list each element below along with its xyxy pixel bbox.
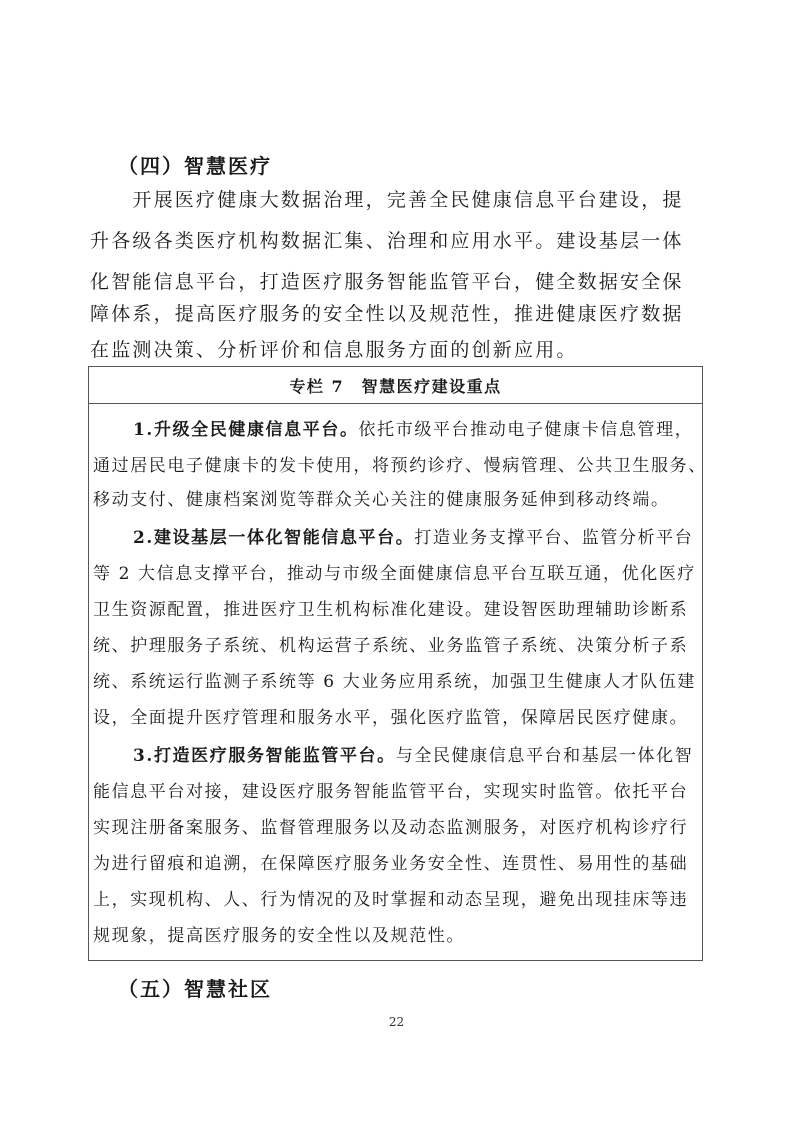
item-2-text: 打造业务支撑平台、监管分析平台 [414, 528, 693, 548]
box-item-3-line: 能信息平台对接，建设医疗服务智能监管平台，实现实时监管。依托平台 [93, 781, 688, 803]
box-item-2-line: 设，全面提升医疗管理和服务水平，强化医疗监管，保障居民医疗健康。 [93, 707, 688, 729]
box-item-3-line: 3.打造医疗服务智能监管平台。与全民健康信息平台和基层一体化智 [133, 745, 693, 767]
box-item-3-line: 实现注册备案服务、监督管理服务以及动态监测服务，对医疗机构诊疗行 [93, 817, 688, 839]
paragraph-line: 障体系，提高医疗服务的安全性以及规范性，推进健康医疗数据 [90, 302, 700, 326]
paragraph-line: 化智能信息平台，打造医疗服务智能监管平台，健全数据安全保 [90, 270, 700, 294]
box-item-2-line: 卫生资源配置，推进医疗卫生机构标准化建设。建设智医助理辅助诊断系 [93, 599, 688, 621]
box-item-2-line: 统、护理服务子系统、机构运营子系统、业务监管子系统、决策分析子系 [93, 635, 688, 657]
box-item-3-line: 上，实现机构、人、行为情况的及时掌握和动态呈现，避免出现挂床等违 [93, 889, 688, 911]
box-item-2-line: 2.建设基层一体化智能信息平台。打造业务支撑平台、监管分析平台 [133, 527, 693, 549]
box-item-1-line: 1.升级全民健康信息平台。依托市级平台推动电子健康卡信息管理， [133, 419, 693, 441]
section4-heading: （四）智慧医疗 [118, 150, 272, 179]
box-item-3-line: 规现象，提高医疗服务的安全性以及规范性。 [93, 925, 465, 947]
feature-box: 专栏 7 智慧医疗建设重点 1.升级全民健康信息平台。依托市级平台推动电子健康卡… [88, 366, 703, 961]
item-3-title: 3.打造医疗服务智能监管平台。 [133, 746, 396, 766]
box-item-1-line: 通过居民电子健康卡的发卡使用，将预约诊疗、慢病管理、公共卫生服务、 [93, 455, 707, 477]
paragraph-line: 升各级各类医疗机构数据汇集、治理和应用水平。建设基层一体 [90, 229, 700, 253]
paragraph-line: 开展医疗健康大数据治理，完善全民健康信息平台建设，提 [90, 188, 700, 212]
box-item-2-line: 等 2 大信息支撑平台，推动与市级全面健康信息平台互联互通，优化医疗 [93, 563, 696, 585]
item-1-title: 1.升级全民健康信息平台。 [133, 420, 359, 440]
item-3-text: 与全民健康信息平台和基层一体化智 [396, 746, 694, 766]
box-item-2-line: 统、系统运行监测子系统等 6 大业务应用系统，加强卫生健康人才队伍建 [93, 671, 696, 693]
item-2-title: 2.建设基层一体化智能信息平台。 [133, 528, 414, 548]
box-item-1-line: 移动支付、健康档案浏览等群众关心关注的健康服务延伸到移动终端。 [93, 489, 670, 511]
item-1-text: 依托市级平台推动电子健康卡信息管理， [359, 420, 694, 440]
box-title: 专栏 7 智慧医疗建设重点 [89, 367, 702, 404]
paragraph-line: 在监测决策、分析评价和信息服务方面的创新应用。 [90, 338, 700, 362]
section5-heading: （五）智慧社区 [118, 973, 272, 1002]
page-number: 22 [0, 1015, 793, 1029]
box-item-3-line: 为进行留痕和追溯，在保障医疗服务业务安全性、连贯性、易用性的基础 [93, 853, 688, 875]
